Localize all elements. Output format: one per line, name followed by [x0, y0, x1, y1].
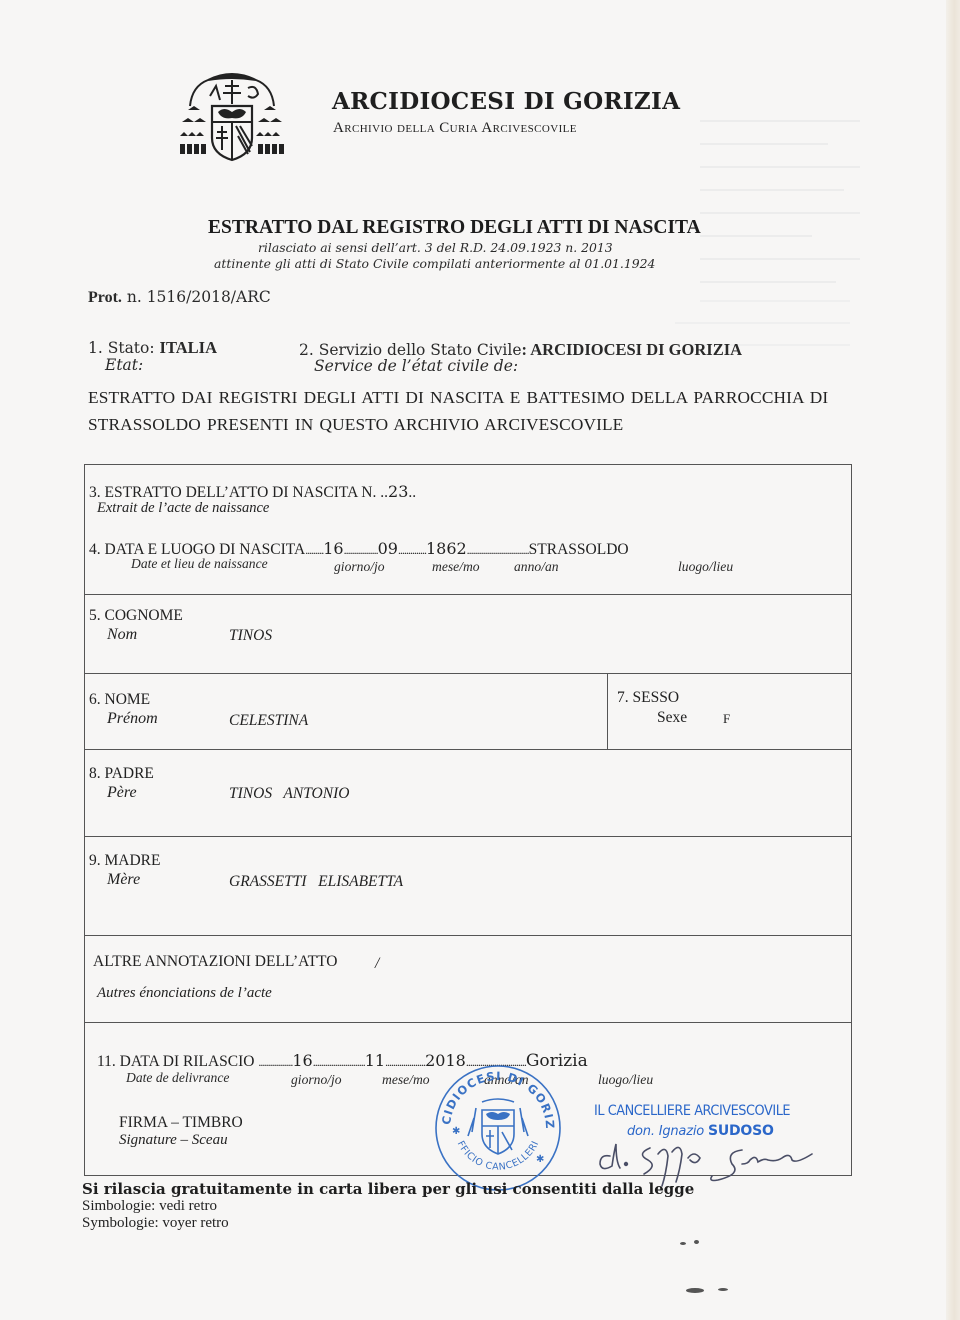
divider	[85, 836, 851, 837]
divider	[85, 935, 851, 936]
bleed-through-text	[700, 120, 860, 304]
birth-year: 1862	[426, 539, 467, 558]
release-day-caption: giorno/jo	[291, 1072, 342, 1088]
mother-value: GRASSETTI ELISABETTA	[229, 873, 403, 891]
father-label: 8. PADRE	[89, 765, 154, 783]
org-subtitle: Archivio della Curia Arcivescovile	[333, 120, 577, 137]
document-title: ESTRATTO DAL REGISTRO DEGLI ATTI DI NASC…	[208, 217, 701, 239]
release-place-caption: luogo/lieu	[598, 1072, 653, 1088]
mother-label: 9. MADRE	[89, 852, 160, 870]
annotations-label: ALTRE ANNOTAZIONI DELL’ATTO	[93, 953, 337, 971]
sex-label-fr: Sexe	[657, 709, 687, 727]
sex-value: F	[723, 711, 730, 727]
release-day: 16	[292, 1051, 312, 1070]
svg-text:✱: ✱	[452, 1126, 460, 1137]
divider	[85, 594, 851, 595]
stato-value: ITALIA	[160, 338, 217, 357]
act-number-field: 3. ESTRATTO DELL’ATTO DI NASCITA N. ..23…	[89, 482, 416, 502]
sex-label: 7. SESSO	[617, 689, 679, 707]
paper-speck	[718, 1288, 728, 1291]
release-month: 11	[365, 1051, 385, 1070]
place-caption: luogo/lieu	[678, 559, 733, 575]
day-caption: giorno/jo	[334, 559, 385, 575]
official-seal-icon: ARCIDIOCESI DI GORIZIA UFFICIO CANCELLER…	[432, 1062, 564, 1194]
annotations-value: /	[375, 955, 379, 973]
coat-of-arms-icon	[178, 66, 286, 164]
divider	[85, 673, 851, 674]
birth-day: 16	[323, 539, 343, 558]
act-number-value: 23	[388, 482, 408, 501]
field-stato: 1. Stato: ITALIA	[88, 338, 217, 358]
birth-label-fr: Date et lieu de naissance	[131, 556, 268, 572]
month-caption: mese/mo	[432, 559, 480, 575]
divider	[85, 1022, 851, 1023]
first-name-value: CELESTINA	[229, 712, 308, 730]
free-issue-notice: Si rilascia gratuitamente in carta liber…	[82, 1180, 694, 1198]
divider	[607, 673, 608, 749]
first-name-label: 6. NOME	[89, 691, 150, 709]
document-legal-basis: rilasciato ai sensi dell’art. 3 del R.D.…	[258, 240, 613, 255]
father-value: TINOS ANTONIO	[229, 785, 349, 803]
year-caption: anno/an	[514, 559, 559, 575]
symbols-note-it: Simbologie: vedi retro	[82, 1198, 217, 1215]
symbols-note-fr: Symbologie: voyer retro	[82, 1215, 229, 1232]
surname-value: TINOS	[229, 627, 272, 645]
surname-label: 5. COGNOME	[89, 607, 183, 625]
signature-label-fr: Signature – Sceau	[119, 1132, 228, 1149]
father-label-fr: Père	[107, 784, 137, 802]
org-name: ARCIDIOCESI DI GORIZIA	[332, 88, 680, 115]
svg-text:✱: ✱	[536, 1154, 544, 1165]
birth-place: STRASSOLDO	[529, 541, 629, 558]
signature-label: FIRMA – TIMBRO	[119, 1114, 243, 1132]
act-number-label-fr: Extrait de l’acte de naissance	[97, 500, 269, 517]
intro-text: ESTRATTO DAI REGISTRI DEGLI ATTI DI NASC…	[88, 384, 878, 438]
servizio-value: : ARCIDIOCESI DI GORIZIA	[522, 340, 743, 359]
divider	[85, 749, 851, 750]
field-stato-fr: Etat:	[105, 356, 143, 374]
chancellor-title: IL CANCELLIERE ARCIVESCOVILE	[594, 1103, 790, 1119]
document-scope: attinente gli atti di Stato Civile compi…	[214, 256, 655, 271]
release-label-fr: Date de delivrance	[126, 1070, 229, 1086]
release-month-caption: mese/mo	[382, 1072, 430, 1088]
field-servizio-fr: Service de l’état civile de:	[314, 357, 518, 375]
paper-speck	[686, 1288, 704, 1293]
surname-label-fr: Nom	[107, 626, 137, 644]
mother-label-fr: Mère	[107, 871, 140, 889]
paper-speck	[694, 1240, 699, 1244]
annotations-label-fr: Autres énonciations de l’acte	[97, 985, 272, 1002]
protocol-number: Prot. n. 1516/2018/ARC	[88, 288, 271, 307]
first-name-label-fr: Prénom	[107, 710, 158, 728]
paper-edge	[946, 0, 960, 1320]
paper-speck	[680, 1242, 686, 1245]
birth-month: 09	[378, 539, 398, 558]
